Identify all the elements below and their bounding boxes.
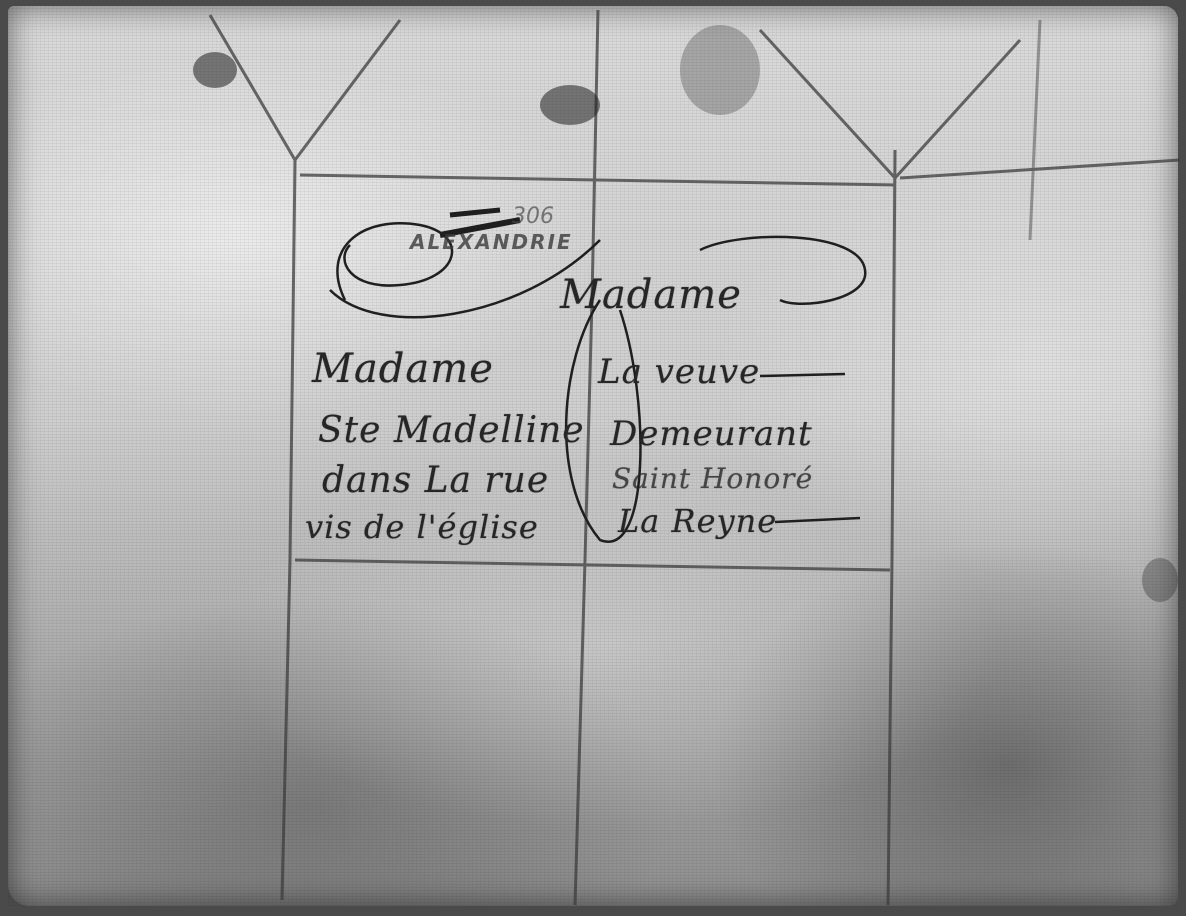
address-line-1-right: La veuve bbox=[598, 352, 760, 392]
address-line-4-left: vis de l'église bbox=[305, 508, 539, 546]
address-line-2-left: Ste Madelline bbox=[318, 410, 585, 451]
address-line-2-right: Demeurant bbox=[610, 414, 813, 454]
address-header: Madame bbox=[560, 272, 742, 318]
postmark-number: 306 bbox=[512, 204, 554, 229]
document-scan: 306 ALEXANDRIE Madame Madame La veuve St… bbox=[0, 0, 1186, 916]
postmark-town: ALEXANDRIE bbox=[410, 230, 573, 254]
address-line-1-left: Madame bbox=[312, 346, 494, 392]
address-line-4-right: La Reyne bbox=[618, 502, 777, 540]
address-line-3-left: dans La rue bbox=[322, 460, 549, 501]
address-line-3-right: Saint Honoré bbox=[612, 462, 813, 495]
address-block: 306 ALEXANDRIE Madame Madame La veuve St… bbox=[0, 0, 1186, 916]
